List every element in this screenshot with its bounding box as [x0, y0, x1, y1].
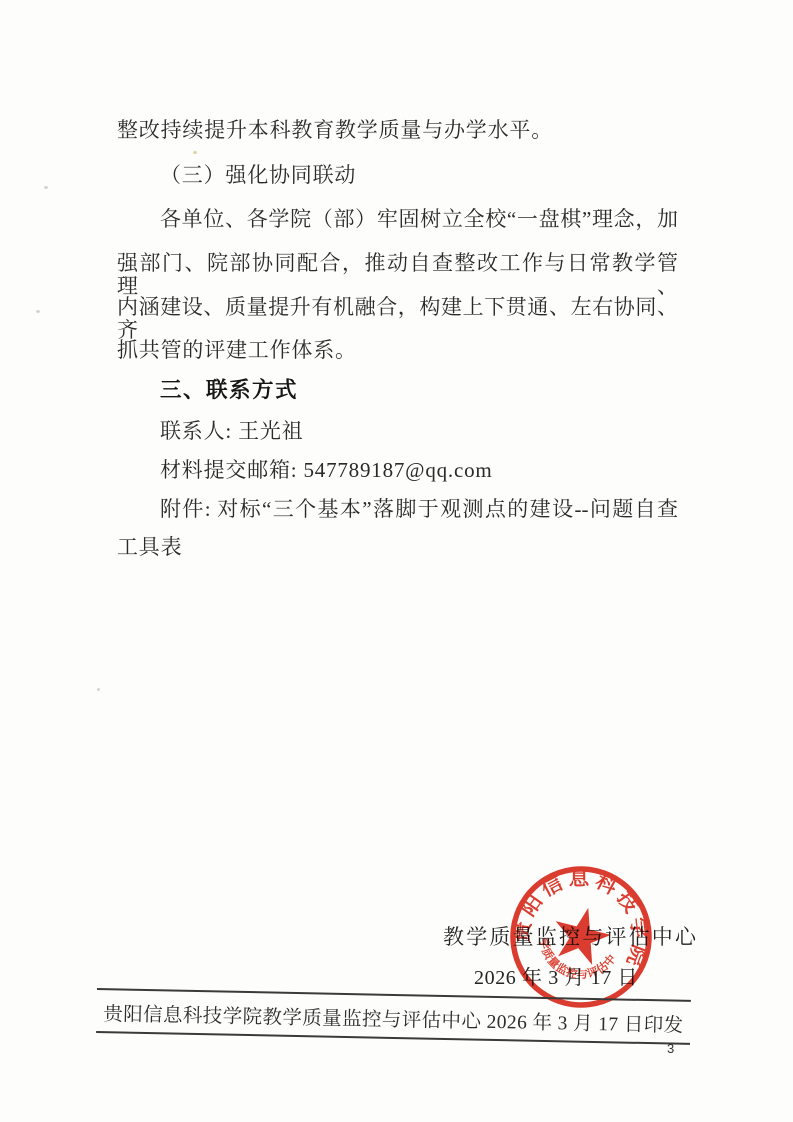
- subsection-heading: （三）强化协同联动: [117, 164, 678, 187]
- scan-speck: [193, 151, 197, 154]
- seal-ring-text: 贵阳信息科技学院: [506, 855, 663, 975]
- scanned-document-page: 整改持续提升本科教育教学质量与办学水平。 （三）强化协同联动 各单位、各学院（部…: [0, 0, 793, 1122]
- body-line: 抓共管的评建工作体系。: [117, 339, 678, 362]
- contact-person-line: 联系人: 王光祖: [117, 420, 678, 443]
- body-line: 整改持续提升本科教育教学质量与办学水平。: [117, 119, 678, 142]
- body-line: 内涵建设、质量提升有机融合，构建上下贯通、左右协同、齐: [117, 296, 678, 342]
- attachment-line-continued: 工具表: [117, 536, 678, 559]
- section-heading: 三、联系方式: [117, 379, 678, 402]
- contact-email-line: 材料提交邮箱: 547789187@qq.com: [117, 459, 678, 482]
- page-number: 3: [667, 1041, 674, 1056]
- imprint-footer: 贵阳信息科技学院教学质量监控与评估中心 2026 年 3 月 17 日印发: [96, 988, 691, 1045]
- scan-speck: [36, 310, 40, 313]
- scan-speck: [44, 186, 48, 189]
- signature-org: 教学质量监控与评估中心: [443, 921, 698, 951]
- signature-date: 2026 年 3 月 17 日: [474, 961, 638, 990]
- body-line: 各单位、各学院（部）牢固树立全校“一盘棋”理念，加: [117, 208, 678, 231]
- body-line: 强部门、院部协同配合，推动自查整改工作与日常教学管理、: [117, 252, 678, 298]
- imprint-text: 贵阳信息科技学院教学质量监控与评估中心 2026 年 3 月 17 日印发: [96, 998, 690, 1038]
- scan-speck: [97, 688, 100, 691]
- attachment-line: 附件: 对标“三个基本”落脚于观测点的建设--问题自查: [117, 498, 678, 521]
